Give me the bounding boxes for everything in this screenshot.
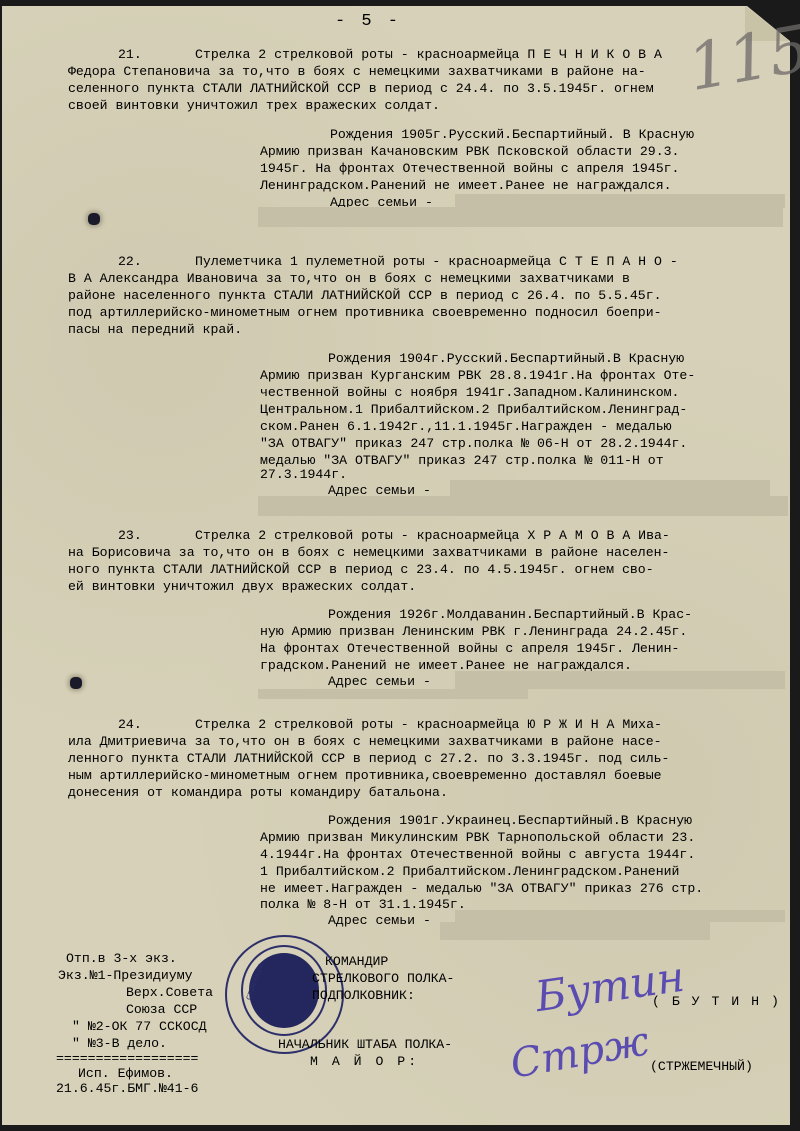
entry-line: Стрелка 2 стрелковой роты - красноармейц… [195,46,662,63]
commander-title: СТРЕЛКОВОГО ПОЛКА- [312,970,454,987]
redacted-address [450,480,770,496]
punch-hole [70,677,82,689]
entry-line: селенного пункта СТАЛИ ЛАТНИЙСКОЙ ССР в … [68,80,654,97]
entry-line: ным артиллерийско-минометным огнем проти… [68,767,662,784]
entry-line: районе населенного пункта СТАЛИ ЛАТНИЙСК… [68,287,662,304]
entry-line: ного пункта СТАЛИ ЛАТНИЙСКОЙ ССР в перио… [68,561,654,578]
commander-rank: ПОДПОЛКОВНИК: [312,987,415,1004]
entry-line: ей винтовки уничтожил двух вражеских сол… [68,578,416,595]
entry-number: 21. [118,46,142,63]
redacted-address [258,496,788,516]
chief-of-staff-rank: М А Й О Р: [310,1053,419,1070]
page-number: - 5 - [335,12,401,31]
bio-line: Рождения 1904г.Русский.Беспартийный.В Кр… [328,350,684,367]
distribution-line: Верх.Совета [126,984,213,1001]
redacted-address [455,194,785,208]
bio-line: Рождения 1901г.Украинец.Беспартийный.В К… [328,812,692,829]
entry-line: В А Александра Ивановича за то,что он в … [68,270,630,287]
chief-of-staff-title: НАЧАЛЬНИК ШТАБА ПОЛКА- [278,1036,452,1053]
entry-line: Пулеметчика 1 пулеметной роты - красноар… [195,253,678,270]
bio-line: Рождения 1905г.Русский.Беспартийный. В К… [330,126,694,143]
redacted-address [258,689,528,699]
entry-line: Федора Степановича за то,что в боях с не… [68,63,646,80]
bio-line: Армию призван Курганским РВК 28.8.1941г.… [260,367,695,384]
bio-line: 1 Прибалтийском.2 Прибалтийском.Ленингра… [260,863,679,880]
bio-line: ную Армию призван Ленинским РВК г.Ленинг… [260,623,687,640]
redacted-address [455,910,785,922]
bio-line: полка № 8-Н от 31.1.1945г. [260,896,466,913]
bio-line: Ленинградском.Ранений не имеет.Ранее не … [260,177,672,194]
address-label: Адрес семьи - [328,673,431,690]
distribution-line: Отп.в 3-х экз. [66,950,177,967]
chief-of-staff-name: (СТРЖЕМЕЧНЫЙ) [650,1058,753,1075]
entry-line: ленного пункта СТАЛИ ЛАТНИЙСКОЙ ССР в пе… [68,750,669,767]
entry-line: Стрелка 2 стрелковой роты - красноармейц… [195,527,670,544]
entry-number: 22. [118,253,142,270]
entry-line: донесения от командира роты командиру ба… [68,784,448,801]
bio-line: 27.3.1944г. [260,466,347,483]
commander-title: КОМАНДИР [325,953,388,970]
bio-line: 1945г. На фронтах Отечественной войны с … [260,160,679,177]
entry-line: под артиллерийско-минометным огнем проти… [68,304,662,321]
bio-line: Центральном.1 Прибалтийском.2 Прибалтийс… [260,401,687,418]
entry-line: Стрелка 2 стрелковой роты - красноармейц… [195,716,662,733]
bio-line: 4.1944г.На фронтах Отечественной войны с… [260,846,695,863]
distribution-line: 21.6.45г.БМГ.№41-6 [56,1080,198,1097]
entry-line: ила Дмитриевича за то,что он в боях с не… [68,733,662,750]
entry-line: своей винтовки уничтожил трех вражеских … [68,97,440,114]
bio-line: Армию призван Качановским РВК Псковской … [260,143,679,160]
entry-number: 23. [118,527,142,544]
distribution-line: Экз.№1-Президиуму [58,967,193,984]
redacted-address [455,671,785,689]
entry-number: 24. [118,716,142,733]
bio-line: ском.Ранен 6.1.1942г.,11.1.1945г.Награжд… [260,418,672,435]
punch-hole [88,213,100,225]
bio-line: Армию призван Микулинским РВК Тарнопольс… [260,829,695,846]
redacted-address [258,207,783,227]
address-label: Адрес семьи - [328,912,431,929]
entry-line: пасы на передний край. [68,321,242,338]
bio-line: На фронтах Отечественной войны с апреля … [260,640,679,657]
bio-line: чественной войны с ноября 1941г.Западном… [260,384,679,401]
entry-line: на Борисовича за то,что он в боях с неме… [68,544,669,561]
bio-line: "ЗА ОТВАГУ" приказ 247 стр.полка № 06-Н … [260,435,687,452]
bio-line: не имеет.Награжден - медалью "ЗА ОТВАГУ"… [260,880,703,897]
bio-line: Рождения 1926г.Молдаванин.Беспартийный.В… [328,606,692,623]
distribution-line: " №2-ОК 77 ССКОСД [72,1018,207,1035]
redacted-address [440,922,710,940]
distribution-line: Союза ССР [126,1001,197,1018]
